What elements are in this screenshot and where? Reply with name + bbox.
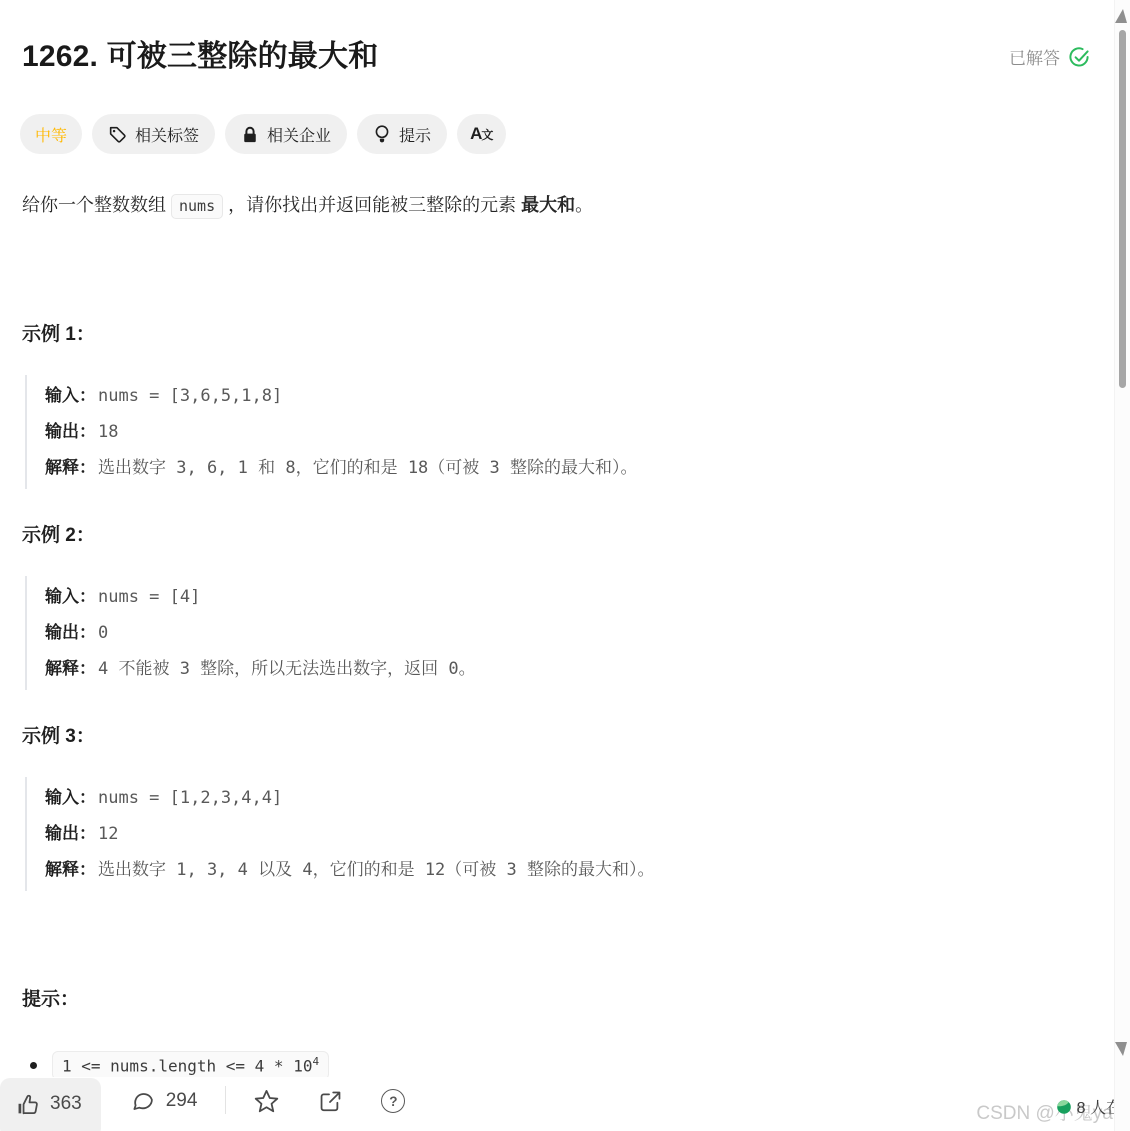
related-companies-button[interactable]: 相关企业: [225, 114, 347, 154]
problem-page: 1262. 可被三整除的最大和 已解答 中等: [0, 0, 1130, 1131]
lock-icon: [241, 125, 259, 144]
related-tags-label: 相关标签: [135, 123, 199, 146]
example-3-block: 输入：nums = [1,2,3,4,4] 输出：12 解释：选出数字 1, 3…: [25, 777, 1090, 891]
external-link-icon: [318, 1089, 343, 1114]
example-1-output-line: 输出：18: [45, 414, 1090, 450]
solved-status-badge: 已解答: [1009, 44, 1090, 69]
comment-bubble-icon: [130, 1088, 155, 1113]
solved-status-label: 已解答: [1009, 44, 1060, 69]
example-1-block: 输入：nums = [3,6,5,1,8] 输出：18 解释：选出数字 3, 6…: [25, 375, 1090, 489]
online-dot-icon: [1056, 1099, 1072, 1115]
problem-description: 给你一个整数数组nums，请你找出并返回能被三整除的元素 最大和。: [22, 192, 1090, 220]
favorite-button[interactable]: [253, 1088, 280, 1115]
constraint-item: 1 <= nums.length <= 4 * 104: [30, 1051, 1090, 1080]
description-bold: 最大和: [521, 195, 575, 215]
translate-icon: A文: [470, 124, 493, 144]
help-button[interactable]: ?: [381, 1089, 405, 1113]
difficulty-label: 中等: [35, 123, 67, 146]
problem-title: 1262. 可被三整除的最大和: [22, 36, 378, 78]
constraint-code-chip: 1 <= nums.length <= 4 * 104: [52, 1051, 329, 1080]
related-tags-button[interactable]: 相关标签: [92, 114, 215, 154]
example-2-input-line: 输入：nums = [4]: [45, 579, 1090, 615]
difficulty-badge[interactable]: 中等: [20, 114, 82, 154]
scroll-up-arrow-icon[interactable]: [1115, 9, 1127, 23]
divider: [225, 1086, 226, 1114]
tag-icon: [108, 125, 127, 144]
hint-label: 提示: [399, 123, 431, 146]
translate-toggle-button[interactable]: A文: [457, 114, 506, 154]
comments-button[interactable]: 294: [130, 1088, 198, 1113]
action-bar: 363 294: [0, 1077, 1130, 1131]
like-count: 363: [50, 1093, 82, 1115]
scrollbar-thumb[interactable]: [1119, 30, 1126, 388]
example-1-input-line: 输入：nums = [3,6,5,1,8]: [45, 378, 1090, 414]
bullet-icon: [30, 1062, 37, 1069]
star-icon: [253, 1088, 280, 1115]
question-mark-icon: ?: [381, 1089, 405, 1113]
example-2-explain-line: 解释：4 不能被 3 整除，所以无法选出数字，返回 0。: [45, 651, 1090, 687]
hint-button[interactable]: 提示: [357, 114, 447, 154]
example-3-input-line: 输入：nums = [1,2,3,4,4]: [45, 780, 1090, 816]
example-2-heading: 示例 2：: [22, 523, 1090, 549]
description-suffix: 。: [575, 195, 593, 215]
tag-row: 中等 相关标签 相关企业: [20, 114, 1090, 154]
example-2-output-line: 输出：0: [45, 615, 1090, 651]
constraint-exponent: 4: [312, 1055, 319, 1068]
thumbs-up-icon: [15, 1092, 40, 1117]
example-1-explain-line: 解释：选出数字 3, 6, 1 和 8，它们的和是 18（可被 3 整除的最大和…: [45, 450, 1090, 486]
example-2-block: 输入：nums = [4] 输出：0 解释：4 不能被 3 整除，所以无法选出数…: [25, 576, 1090, 690]
scroll-down-arrow-icon[interactable]: [1115, 1042, 1127, 1056]
description-prefix: 给你一个整数数组: [22, 195, 166, 215]
example-3-output-line: 输出：12: [45, 816, 1090, 852]
lightbulb-icon: [373, 124, 391, 145]
share-button[interactable]: [318, 1089, 343, 1114]
description-middle: ，请你找出并返回能被三整除的元素: [228, 195, 521, 215]
problem-header: 1262. 可被三整除的最大和 已解答: [22, 36, 1090, 78]
like-button[interactable]: 363: [0, 1078, 101, 1131]
nums-code-chip: nums: [171, 194, 223, 219]
comment-count: 294: [166, 1090, 198, 1112]
check-circle-icon: [1068, 46, 1090, 68]
example-1-heading: 示例 1：: [22, 322, 1090, 348]
example-3-heading: 示例 3：: [22, 724, 1090, 750]
constraints-heading: 提示：: [22, 987, 1090, 1013]
example-3-explain-line: 解释：选出数字 1, 3, 4 以及 4，它们的和是 12（可被 3 整除的最大…: [45, 852, 1090, 888]
related-companies-label: 相关企业: [267, 123, 331, 146]
